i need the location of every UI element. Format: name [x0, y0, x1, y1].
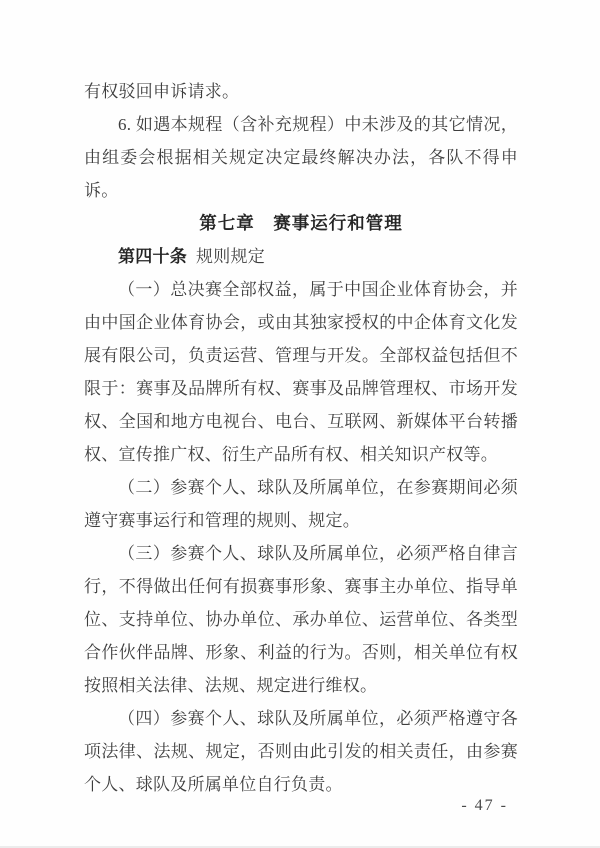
article-title: 规则规定 — [196, 247, 265, 266]
document-body: 有权驳回申诉请求。 6. 如遇本规程（含补充规程）中未涉及的其它情况，由组委会根… — [84, 75, 518, 801]
paragraph-continuation: 有权驳回申诉请求。 — [84, 75, 518, 108]
clause-2: （二）参赛个人、球队及所属单位，在参赛期间必须遵守赛事运行和管理的规则、规定。 — [84, 471, 518, 537]
article-heading: 第四十条规则规定 — [84, 240, 518, 273]
document-page: 有权驳回申诉请求。 6. 如遇本规程（含补充规程）中未涉及的其它情况，由组委会根… — [0, 0, 600, 848]
article-number: 第四十条 — [118, 247, 187, 266]
clause-4: （四）参赛个人、球队及所属单位，必须严格遵守各项法律、法规、规定，否则由此引发的… — [84, 702, 518, 801]
page-number: - 47 - — [461, 798, 508, 814]
paragraph-item-6: 6. 如遇本规程（含补充规程）中未涉及的其它情况，由组委会根据相关规定决定最终解… — [84, 108, 518, 207]
clause-1: （一）总决赛全部权益，属于中国企业体育协会，并由中国企业体育协会，或由其独家授权… — [84, 273, 518, 471]
clause-3: （三）参赛个人、球队及所属单位，必须严格自律言行，不得做出任何有损赛事形象、赛事… — [84, 537, 518, 702]
chapter-heading: 第七章 赛事运行和管理 — [84, 207, 518, 240]
